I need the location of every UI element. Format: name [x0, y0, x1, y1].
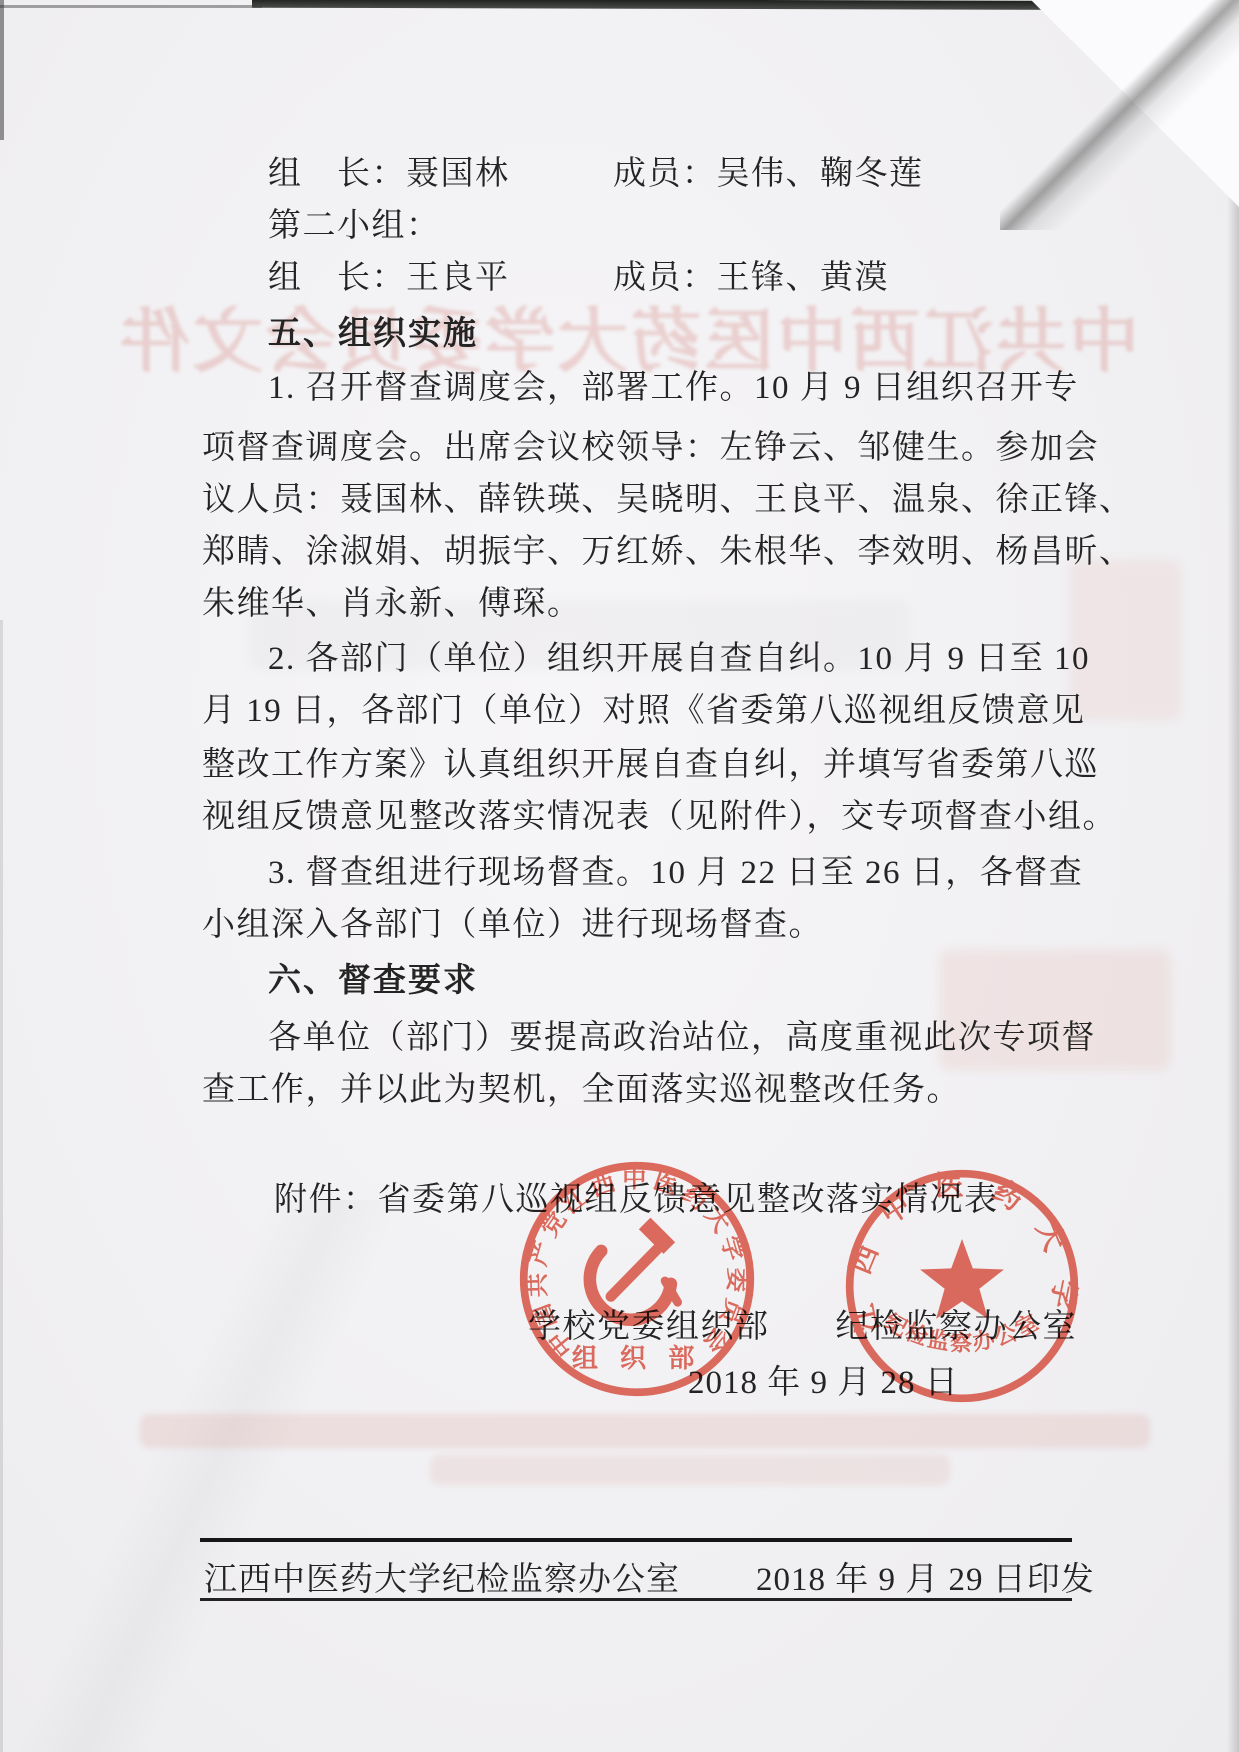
body-line: 项督查调度会。出席会议校领导：左铮云、邹健生。参加会: [202, 432, 1099, 465]
body-line: 小组深入各部门（单位）进行现场督查。: [202, 909, 823, 942]
folded-corner: [1000, 0, 1239, 230]
footer-rule-top: [200, 1538, 1072, 1542]
hammer-sickle-icon: [590, 1218, 678, 1320]
star-icon: [920, 1239, 1004, 1319]
body-line: 整改工作方案》认真组织开展自查自纠，并填写省委第八巡: [202, 749, 1099, 782]
body-line: 第二小组：: [268, 210, 441, 243]
party-committee-stamp: 中国共产党江西中医药大学委员会 组 织 部: [516, 1158, 758, 1400]
scanned-document-page: 中共江西中医药大学委员会文件 组 长：聂国林 成员：吴伟、鞠冬莲 第二小组： 组…: [0, 0, 1239, 1752]
body-line: 2. 各部门（单位）组织开展自查自纠。10 月 9 日至 10: [268, 643, 1090, 676]
body-line: 3. 督查组进行现场督查。10 月 22 日至 26 日，各督查: [268, 857, 1083, 890]
body-line: 各单位（部门）要提高政治站位，高度重视此次专项督: [268, 1022, 1096, 1055]
scanner-edge-line: [0, 0, 4, 140]
discipline-office-stamp: 江西中医药大学 纪检监察办公室: [842, 1166, 1082, 1406]
stamp-bottom-label: 纪检监察办公室: [880, 1309, 1044, 1356]
section-heading: 五、组织实施: [268, 316, 478, 349]
bleed-smudge: [1070, 560, 1180, 720]
paper-crease: [0, 1200, 420, 1752]
body-line: 议人员：聂国林、薛铁瑛、吴晓明、王良平、温泉、徐正锋、: [202, 484, 1134, 517]
footer-issuer: 江西中医药大学纪检监察办公室: [204, 1553, 680, 1600]
bleed-smudge: [140, 1414, 1150, 1448]
body-line: 郑睛、涂淑娟、胡振宇、万红娇、朱根华、李效明、杨昌昕、: [202, 536, 1134, 569]
footer-rule-bottom: [200, 1598, 1072, 1601]
body-line: 朱维华、肖永新、傅琛。: [202, 588, 582, 621]
scanner-edge-line: [0, 5, 262, 8]
footer-print-date: 2018 年 9 月 29 日印发: [756, 1553, 1095, 1600]
body-line: 月 19 日，各部门（单位）对照《省委第八巡视组反馈意见: [202, 695, 1086, 728]
body-line: 组 长：聂国林 成员：吴伟、鞠冬莲: [268, 158, 924, 191]
body-line: 查工作，并以此为契机，全面落实巡视整改任务。: [202, 1074, 961, 1107]
body-line: 视组反馈意见整改落实情况表（见附件），交专项督查小组。: [202, 801, 1117, 834]
body-line: 1. 召开督查调度会，部署工作。10 月 9 日组织召开专: [268, 372, 1079, 405]
folded-corner-crease: [1000, 0, 1239, 230]
body-line: 组 长：王良平 成员：王锋、黄漠: [268, 262, 889, 295]
paper-edge-shadow: [1227, 0, 1239, 1752]
stamp-bottom-label: 组 织 部: [572, 1344, 702, 1373]
bleed-smudge: [430, 1455, 950, 1485]
section-heading: 六、督查要求: [268, 963, 478, 996]
